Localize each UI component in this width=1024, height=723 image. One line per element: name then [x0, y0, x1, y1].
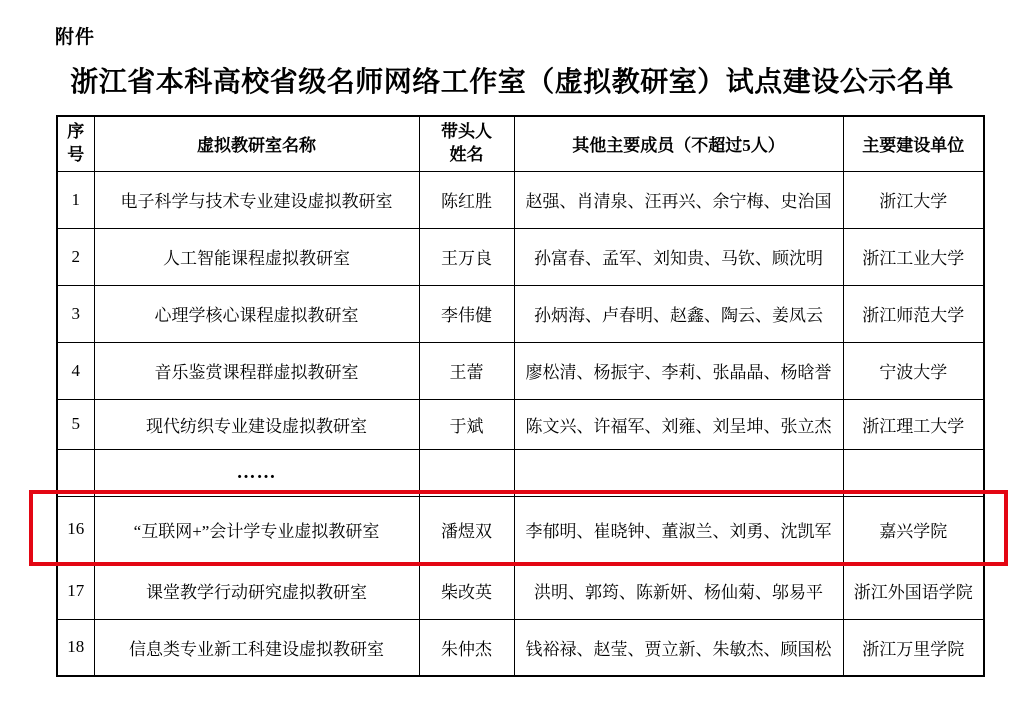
table-row: 18 信息类专业新工科建设虚拟教研室 朱仲杰 钱裕禄、赵莹、贾立新、朱敏杰、顾国… — [57, 619, 984, 676]
cell-leader: 陈红胜 — [419, 171, 514, 228]
document-page: 附件 浙江省本科高校省级名师网络工作室（虚拟教研室）试点建设公示名单 序号 虚拟… — [0, 0, 1024, 723]
cell-unit: 嘉兴学院 — [843, 496, 984, 562]
cell-index: 17 — [57, 562, 94, 619]
table-row: 2 人工智能课程虚拟教研室 王万良 孙富春、孟军、刘知贵、马钦、顾沈明 浙江工业… — [57, 228, 984, 285]
cell-index: 4 — [57, 342, 94, 399]
cell-unit: 浙江万里学院 — [843, 619, 984, 676]
cell-index: 18 — [57, 619, 94, 676]
cell-unit: 浙江工业大学 — [843, 228, 984, 285]
cell-members: 钱裕禄、赵莹、贾立新、朱敏杰、顾国松 — [514, 619, 843, 676]
cell-leader: 朱仲杰 — [419, 619, 514, 676]
table-row: 1 电子科学与技术专业建设虚拟教研室 陈红胜 赵强、肖清泉、汪再兴、余宁梅、史治… — [57, 171, 984, 228]
cell-name: 音乐鉴赏课程群虚拟教研室 — [94, 342, 419, 399]
cell-index: 1 — [57, 171, 94, 228]
column-header-index: 序号 — [57, 116, 94, 171]
cell-name: 现代纺织专业建设虚拟教研室 — [94, 399, 419, 449]
roster-table: 序号 虚拟教研室名称 带头人姓名 其他主要成员（不超过5人） 主要建设单位 1 … — [56, 115, 985, 677]
cell-leader: 柴改英 — [419, 562, 514, 619]
cell-name: …… — [94, 449, 419, 496]
cell-unit: 浙江外国语学院 — [843, 562, 984, 619]
cell-unit: 浙江大学 — [843, 171, 984, 228]
cell-unit: 浙江理工大学 — [843, 399, 984, 449]
cell-name: 课堂教学行动研究虚拟教研室 — [94, 562, 419, 619]
cell-name: 人工智能课程虚拟教研室 — [94, 228, 419, 285]
cell-members — [514, 449, 843, 496]
cell-name: 电子科学与技术专业建设虚拟教研室 — [94, 171, 419, 228]
cell-index: 5 — [57, 399, 94, 449]
table-row: 3 心理学核心课程虚拟教研室 李伟健 孙炳海、卢春明、赵鑫、陶云、姜凤云 浙江师… — [57, 285, 984, 342]
cell-members: 赵强、肖清泉、汪再兴、余宁梅、史治国 — [514, 171, 843, 228]
cell-leader: 潘煜双 — [419, 496, 514, 562]
cell-leader: 李伟健 — [419, 285, 514, 342]
column-header-members: 其他主要成员（不超过5人） — [514, 116, 843, 171]
cell-index: 3 — [57, 285, 94, 342]
cell-leader — [419, 449, 514, 496]
table-row: …… — [57, 449, 984, 496]
column-header-name: 虚拟教研室名称 — [94, 116, 419, 171]
cell-unit — [843, 449, 984, 496]
table-row: 4 音乐鉴赏课程群虚拟教研室 王蕾 廖松清、杨振宇、李莉、张晶晶、杨晗誉 宁波大… — [57, 342, 984, 399]
cell-index: 16 — [57, 496, 94, 562]
table-body: 1 电子科学与技术专业建设虚拟教研室 陈红胜 赵强、肖清泉、汪再兴、余宁梅、史治… — [57, 171, 984, 676]
column-header-unit: 主要建设单位 — [843, 116, 984, 171]
cell-index — [57, 449, 94, 496]
table-row: 16 “互联网+”会计学专业虚拟教研室 潘煜双 李郁明、崔晓钟、董淑兰、刘勇、沈… — [57, 496, 984, 562]
header-row: 序号 虚拟教研室名称 带头人姓名 其他主要成员（不超过5人） 主要建设单位 — [57, 116, 984, 171]
cell-name: 信息类专业新工科建设虚拟教研室 — [94, 619, 419, 676]
column-header-leader: 带头人姓名 — [419, 116, 514, 171]
cell-name: 心理学核心课程虚拟教研室 — [94, 285, 419, 342]
cell-members: 洪明、郭筠、陈新妍、杨仙菊、邬易平 — [514, 562, 843, 619]
attachment-label: 附件 — [55, 22, 95, 49]
cell-leader: 王万良 — [419, 228, 514, 285]
cell-members: 孙炳海、卢春明、赵鑫、陶云、姜凤云 — [514, 285, 843, 342]
cell-name: “互联网+”会计学专业虚拟教研室 — [94, 496, 419, 562]
cell-members: 孙富春、孟军、刘知贵、马钦、顾沈明 — [514, 228, 843, 285]
cell-index: 2 — [57, 228, 94, 285]
page-title: 浙江省本科高校省级名师网络工作室（虚拟教研室）试点建设公示名单 — [0, 60, 1024, 100]
table-row: 5 现代纺织专业建设虚拟教研室 于斌 陈文兴、许福军、刘雍、刘呈坤、张立杰 浙江… — [57, 399, 984, 449]
cell-unit: 宁波大学 — [843, 342, 984, 399]
cell-leader: 王蕾 — [419, 342, 514, 399]
cell-unit: 浙江师范大学 — [843, 285, 984, 342]
cell-members: 李郁明、崔晓钟、董淑兰、刘勇、沈凯军 — [514, 496, 843, 562]
cell-leader: 于斌 — [419, 399, 514, 449]
cell-members: 陈文兴、许福军、刘雍、刘呈坤、张立杰 — [514, 399, 843, 449]
table-row: 17 课堂教学行动研究虚拟教研室 柴改英 洪明、郭筠、陈新妍、杨仙菊、邬易平 浙… — [57, 562, 984, 619]
cell-members: 廖松清、杨振宇、李莉、张晶晶、杨晗誉 — [514, 342, 843, 399]
table-header: 序号 虚拟教研室名称 带头人姓名 其他主要成员（不超过5人） 主要建设单位 — [57, 116, 984, 171]
